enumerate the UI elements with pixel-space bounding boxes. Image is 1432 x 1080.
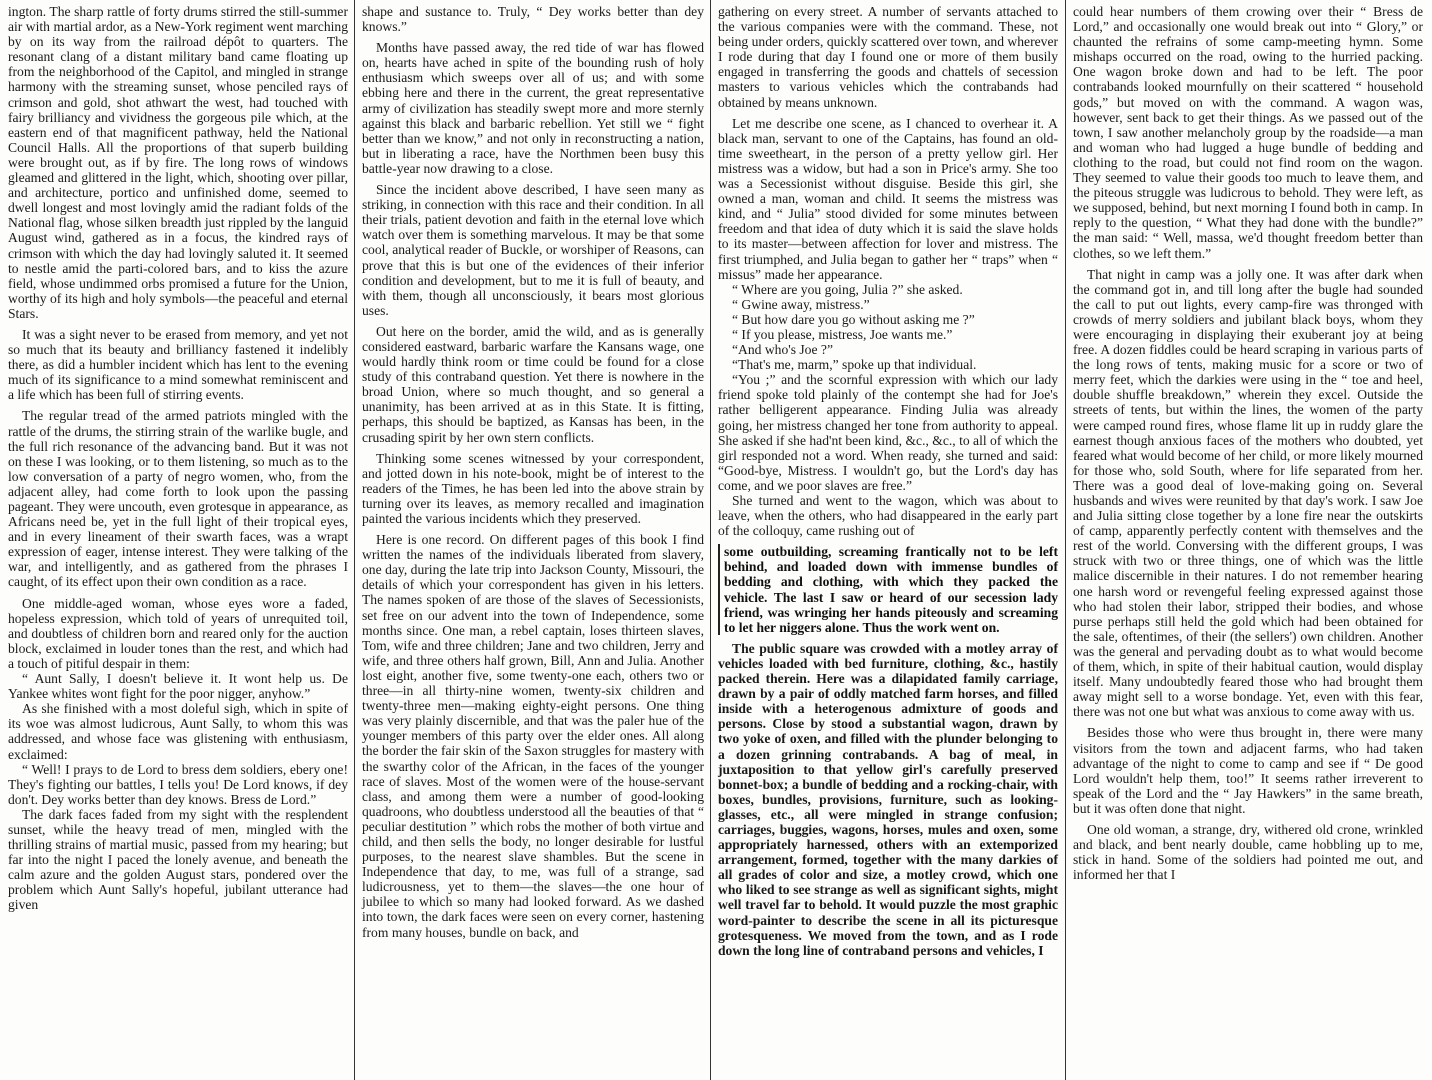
paragraph: Months have passed away, the red tide of…	[362, 40, 704, 176]
quote: “ Well! I prays to de Lord to bress dem …	[8, 762, 348, 807]
quote: “ Aunt Sally, I doesn't believe it. It w…	[8, 671, 348, 701]
paragraph: Here is one record. On different pages o…	[362, 532, 704, 940]
paragraph: It was a sight never to be erased from m…	[8, 327, 348, 402]
newspaper-page: ington. The sharp rattle of forty drums …	[0, 0, 1432, 1080]
highlighted-passage: some outbuilding, screaming frantically …	[718, 544, 1058, 635]
paragraph: One middle-aged woman, whose eyes wore a…	[8, 596, 348, 671]
dialogue-line: “ If you please, mistress, Joe wants me.…	[718, 327, 1058, 342]
column-rule	[354, 0, 355, 1080]
column-4: could hear numbers of them crowing over …	[1067, 0, 1429, 1080]
paragraph: Since the incident above described, I ha…	[362, 182, 704, 318]
paragraph: gathering on every street. A number of s…	[718, 4, 1058, 110]
paragraph: Out here on the border, amid the wild, a…	[362, 324, 704, 445]
paragraph: The regular tread of the armed patriots …	[8, 408, 348, 589]
column-3: gathering on every street. A number of s…	[712, 0, 1064, 1080]
paragraph: Thinking some scenes witnessed by your c…	[362, 451, 704, 526]
paragraph: That night in camp was a jolly one. It w…	[1073, 267, 1423, 720]
paragraph: One old woman, a strange, dry, withered …	[1073, 822, 1423, 882]
paragraph: Let me describe one scene, as I chanced …	[718, 116, 1058, 282]
dialogue-line: “That's me, marm,” spoke up that individ…	[718, 357, 1058, 372]
paragraph: As she finished with a most doleful sigh…	[8, 701, 348, 761]
paragraph: The dark faces faded from my sight with …	[8, 807, 348, 913]
column-1: ington. The sharp rattle of forty drums …	[2, 0, 354, 1080]
paragraph: The public square was crowded with a mot…	[718, 641, 1058, 958]
paragraph: Besides those who were thus brought in, …	[1073, 725, 1423, 816]
column-2: shape and sustance to. Truly, “ Dey work…	[356, 0, 710, 1080]
dialogue-line: “And who's Joe ?”	[718, 342, 1058, 357]
paragraph: She turned and went to the wagon, which …	[718, 493, 1058, 538]
paragraph: ington. The sharp rattle of forty drums …	[8, 4, 348, 321]
column-rule	[710, 0, 711, 1080]
paragraph: could hear numbers of them crowing over …	[1073, 4, 1423, 261]
dialogue-line: “ But how dare you go without asking me …	[718, 312, 1058, 327]
column-rule	[1065, 0, 1066, 1080]
dialogue-line: “ Where are you going, Julia ?” she aske…	[718, 282, 1058, 297]
paragraph: “You ;” and the scornful expression with…	[718, 372, 1058, 493]
dialogue-line: “ Gwine away, mistress.”	[718, 297, 1058, 312]
paragraph: shape and sustance to. Truly, “ Dey work…	[362, 4, 704, 34]
